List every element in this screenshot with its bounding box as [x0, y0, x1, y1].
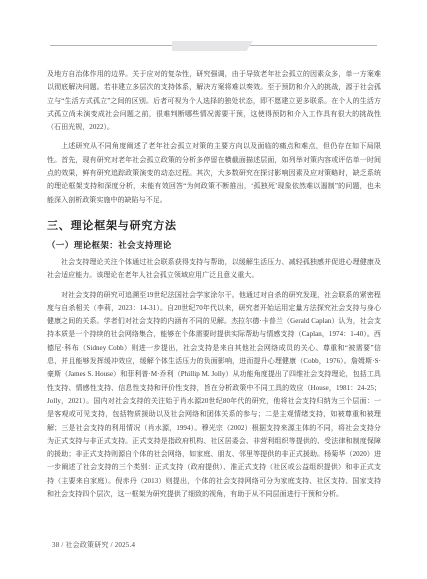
document-page: 及地方自治体作用的边界。关于应对的复杂性，研究强调，由于导致老年社会孤立的因素众… [0, 0, 427, 579]
paragraph-theory-review: 对社会支持的研究可追溯至19世纪法国社会学家涂尔干。他通过对自杀的研究发现，社会… [47, 289, 381, 502]
page-footer: 38 / 社会政策研究 / 2025.4 [52, 540, 135, 550]
header-tab-shape [172, 41, 253, 51]
subsection-heading: （一）理论框架：社会支持理论 [47, 240, 381, 251]
paragraph-continuation: 及地方自治体作用的边界。关于应对的复杂性，研究强调，由于导致老年社会孤立的因素众… [47, 68, 381, 134]
paragraph-limitations: 上述研究从不同角度阐述了老年社会孤立对策的主要方向以及面临的痛点和难点，但仍存在… [47, 140, 381, 206]
paragraph-theory-intro: 社会支持理论关注个体通过社会联系获得支持与帮助，以缓解生活压力、减轻孤独感并促进… [47, 256, 381, 283]
section-heading: 三、理论框架与研究方法 [47, 219, 381, 233]
page-content: 及地方自治体作用的边界。关于应对的复杂性，研究强调，由于导致老年社会孤立的因素众… [47, 68, 381, 507]
